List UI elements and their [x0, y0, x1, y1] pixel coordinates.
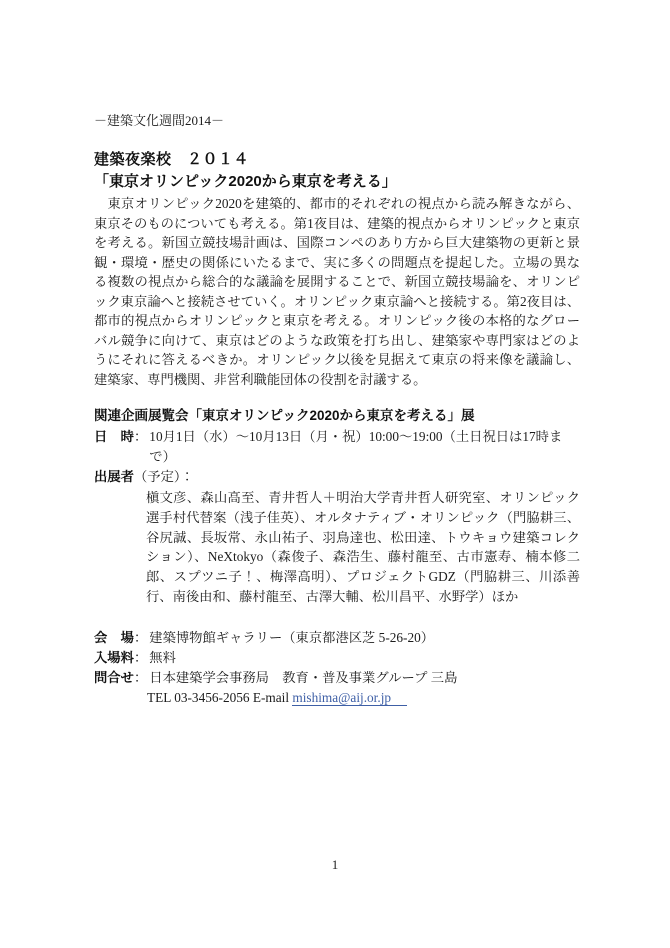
contact-value: 日本建築学会事務局 教育・普及事業グループ 三島 [149, 668, 580, 688]
admission-separator: ： [134, 648, 149, 668]
contact-separator: ： [134, 668, 149, 688]
document-page: －建築文化週間2014－ 建築夜楽校 ２０１４ 「東京オリンピック2020から東… [0, 0, 670, 948]
intro-paragraph: 東京オリンピック2020を建築的、都市的それぞれの視点から読み解きながら、東京そ… [94, 194, 580, 389]
exhibitor-list: 槇文彦、森山高至、青井哲人＋明治大学青井哲人研究室、オリンピック選手村代替案（浅… [146, 488, 580, 607]
document-content: －建築文化週間2014－ 建築夜楽校 ２０１４ 「東京オリンピック2020から東… [94, 0, 580, 708]
event-subtitle: 「東京オリンピック2020から東京を考える」 [94, 172, 580, 192]
venue-separator: ： [134, 628, 149, 648]
event-title: 建築夜楽校 ２０１４ [94, 149, 580, 171]
info-row-contact: 問合せ ： 日本建築学会事務局 教育・普及事業グループ 三島 [94, 668, 580, 688]
admission-value: 無料 [149, 648, 580, 668]
datetime-separator: ： [134, 427, 149, 447]
doc-banner: －建築文化週間2014－ [94, 111, 580, 130]
info-row-admission: 入場料 ： 無料 [94, 648, 580, 668]
page-number: 1 [0, 856, 670, 874]
info-row-datetime: 日 時 ： 10月1日（水）～10月13日（月・祝）10:00～19:00（土日… [94, 427, 580, 467]
exhibition-title: 関連企画展覧会「東京オリンピック2020から東京を考える」展 [94, 406, 580, 426]
info-row-exhibitors: 出展者 （予定）： [94, 467, 580, 487]
venue-value: 建築博物館ギャラリー（東京都港区芝 5-26-20） [149, 628, 580, 648]
venue-label: 会 場 [94, 628, 134, 648]
contact-label: 問合せ [94, 668, 134, 688]
contact-tel-email-text: TEL 03-3456-2056 E-mail [147, 690, 292, 705]
exhibitors-label: 出展者 [94, 467, 134, 487]
datetime-label: 日 時 [94, 427, 134, 447]
info-row-venue: 会 場 ： 建築博物館ギャラリー（東京都港区芝 5-26-20） [94, 628, 580, 648]
admission-label: 入場料 [94, 648, 134, 668]
email-link[interactable]: mishima@aij.or.jp [292, 690, 407, 706]
exhibitors-note: （予定）： [134, 467, 580, 487]
datetime-value: 10月1日（水）～10月13日（月・祝）10:00～19:00（土日祝日は17時… [149, 427, 580, 467]
contact-tel-line: TEL 03-3456-2056 E-mail mishima@aij.or.j… [147, 688, 580, 708]
